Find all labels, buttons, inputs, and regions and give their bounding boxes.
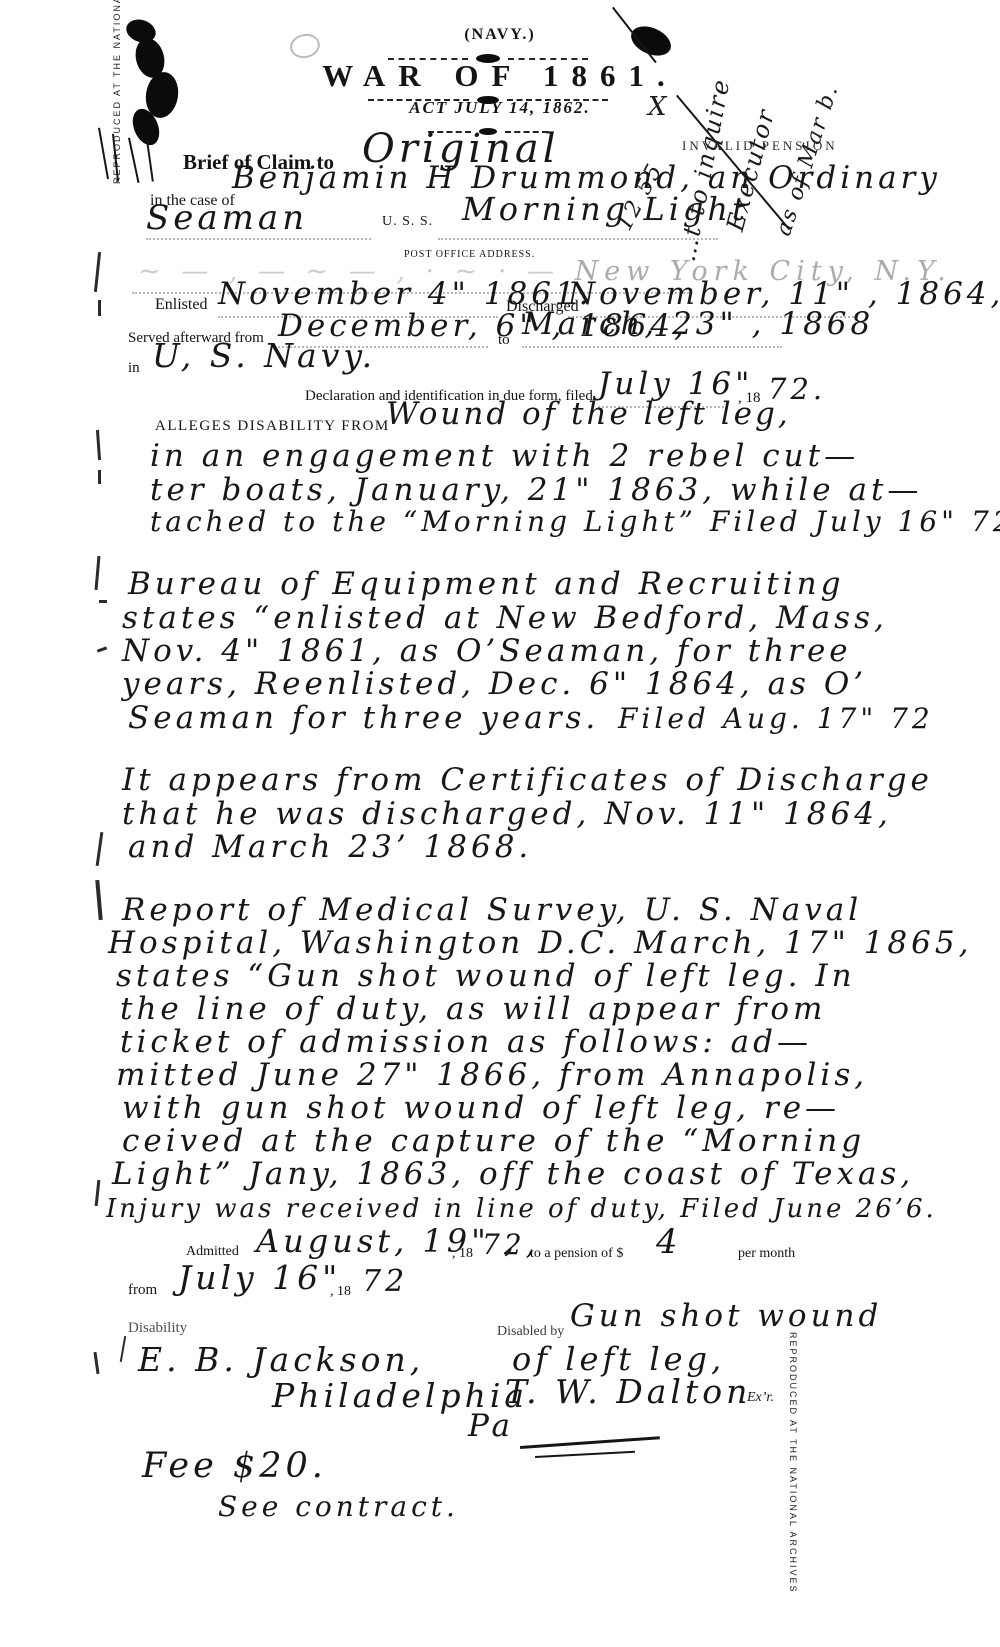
bureau-line: Seaman for three years. xyxy=(128,700,599,736)
form-rule xyxy=(522,346,782,348)
margin-mark xyxy=(93,1352,99,1374)
per-month-label: per month xyxy=(738,1246,795,1262)
report-line: states “Gun shot wound of left leg. In xyxy=(116,958,856,994)
bureau-line: Nov. 4" 1861, as O’Seaman, for three xyxy=(122,633,852,669)
pension-brief-document: REPRODUCED AT THE NATIONAL ARCHIVES (NAV… xyxy=(0,0,1000,1647)
header-act: ACT JULY 14, 1862. xyxy=(0,98,1000,118)
margin-mark xyxy=(96,832,104,866)
from-year-printed: , 18 xyxy=(330,1284,351,1300)
rank-value: Seaman xyxy=(146,198,308,238)
pen-scribble xyxy=(98,128,109,180)
in-label: in xyxy=(128,360,140,377)
margin-mark xyxy=(95,556,101,590)
disabled-by-value: Gun shot wound xyxy=(570,1298,882,1334)
report-line: with gun shot wound of left leg, re— xyxy=(122,1090,840,1126)
from-year-written: 72 xyxy=(362,1264,408,1299)
signature-flourish xyxy=(535,1451,635,1458)
pension-of-label: to a pension of $ xyxy=(530,1246,623,1262)
margin-mark xyxy=(120,1336,126,1362)
x-mark: X xyxy=(648,92,669,122)
certificates-line: and March 23’ 1868. xyxy=(128,829,532,865)
admitted-date-value: August, 19" , xyxy=(256,1222,518,1260)
pen-scribble xyxy=(128,138,140,183)
bureau-line: years, Reenlisted, Dec. 6" 1864, as O’ xyxy=(122,666,867,702)
alleges-disability-label: ALLEGES DISABILITY FROM xyxy=(155,418,390,435)
to-label: to xyxy=(498,332,510,349)
national-archives-stamp-right: REPRODUCED AT THE NATIONAL ARCHIVES xyxy=(788,1332,798,1532)
alleges-line: ter boats, January, 21" 1863, while at— xyxy=(150,472,922,508)
alleges-line: Wound of the left leg, xyxy=(386,396,791,432)
certificates-line: that he was discharged, Nov. 11" 1864, xyxy=(122,796,892,832)
bureau-line: Bureau of Equipment and Recruiting xyxy=(128,566,845,602)
fee-value: Fee $20. xyxy=(142,1446,327,1486)
ship-name-value: Morning Light xyxy=(462,190,749,228)
alleges-line: in an engagement with 2 rebel cut— xyxy=(150,438,859,474)
bureau-filed-note: Filed Aug. 17" 72 xyxy=(618,702,934,735)
alleges-line: tached to the “Morning Light” Filed July… xyxy=(150,505,1000,538)
header-navy: (NAVY.) xyxy=(0,26,1000,44)
form-rule xyxy=(146,238,371,240)
header-title: WAR OF 1861. xyxy=(0,58,1000,94)
pension-amount-value: 4 xyxy=(656,1222,682,1262)
report-line: Light” Jany, 1863, off the coast of Texa… xyxy=(112,1156,914,1192)
fee-contract-note: See contract. xyxy=(218,1490,459,1523)
report-line: Hospital, Washington D.C. March, 17" 186… xyxy=(108,925,972,961)
from-label: from xyxy=(128,1282,157,1299)
attorney-state: Pa xyxy=(468,1408,514,1444)
margin-mark xyxy=(98,300,101,316)
report-line: ticket of admission as follows: ad— xyxy=(120,1024,812,1060)
pension-from-date: July 16" xyxy=(178,1258,341,1297)
margin-mark xyxy=(94,252,101,292)
enlisted-label: Enlisted xyxy=(155,296,207,314)
report-line: Report of Medical Survey, U. S. Naval xyxy=(122,892,862,928)
pen-scribble xyxy=(146,140,154,182)
margin-mark xyxy=(95,880,102,920)
admitted-year-printed: , 18 xyxy=(452,1246,473,1262)
attorney-signature: E. B. Jackson, xyxy=(138,1340,424,1379)
margin-mark xyxy=(96,430,101,460)
report-line: Injury was received in line of duty, Fil… xyxy=(106,1194,937,1224)
examiner-signature: T. W. Dalton xyxy=(505,1372,751,1411)
margin-mark xyxy=(97,646,107,652)
report-line: ceived at the capture of the “Morning xyxy=(122,1123,865,1159)
report-line: the line of duty, as will appear from xyxy=(120,991,826,1027)
navy-value: U, S. Navy. xyxy=(152,336,376,375)
uss-label: U. S. S. xyxy=(382,214,433,230)
margin-mark xyxy=(99,600,107,603)
certificates-line: It appears from Certificates of Discharg… xyxy=(122,762,933,798)
disabled-by-label: Disabled by xyxy=(497,1324,564,1340)
disability-label: Disability xyxy=(128,1320,187,1337)
margin-mark xyxy=(95,1180,101,1206)
invalid-pension-stamp: INVALID PENSION xyxy=(682,138,838,154)
margin-mark xyxy=(98,470,101,484)
bureau-line: states “enlisted at New Bedford, Mass, xyxy=(122,600,888,636)
report-line: mitted June 27" 1866, from Annapolis, xyxy=(116,1057,868,1093)
served-to-value: March, 23" , 1868 xyxy=(522,306,874,342)
form-rule xyxy=(438,238,718,240)
signature-flourish xyxy=(520,1436,660,1449)
examiner-title: , Ex’r. xyxy=(740,1390,774,1406)
